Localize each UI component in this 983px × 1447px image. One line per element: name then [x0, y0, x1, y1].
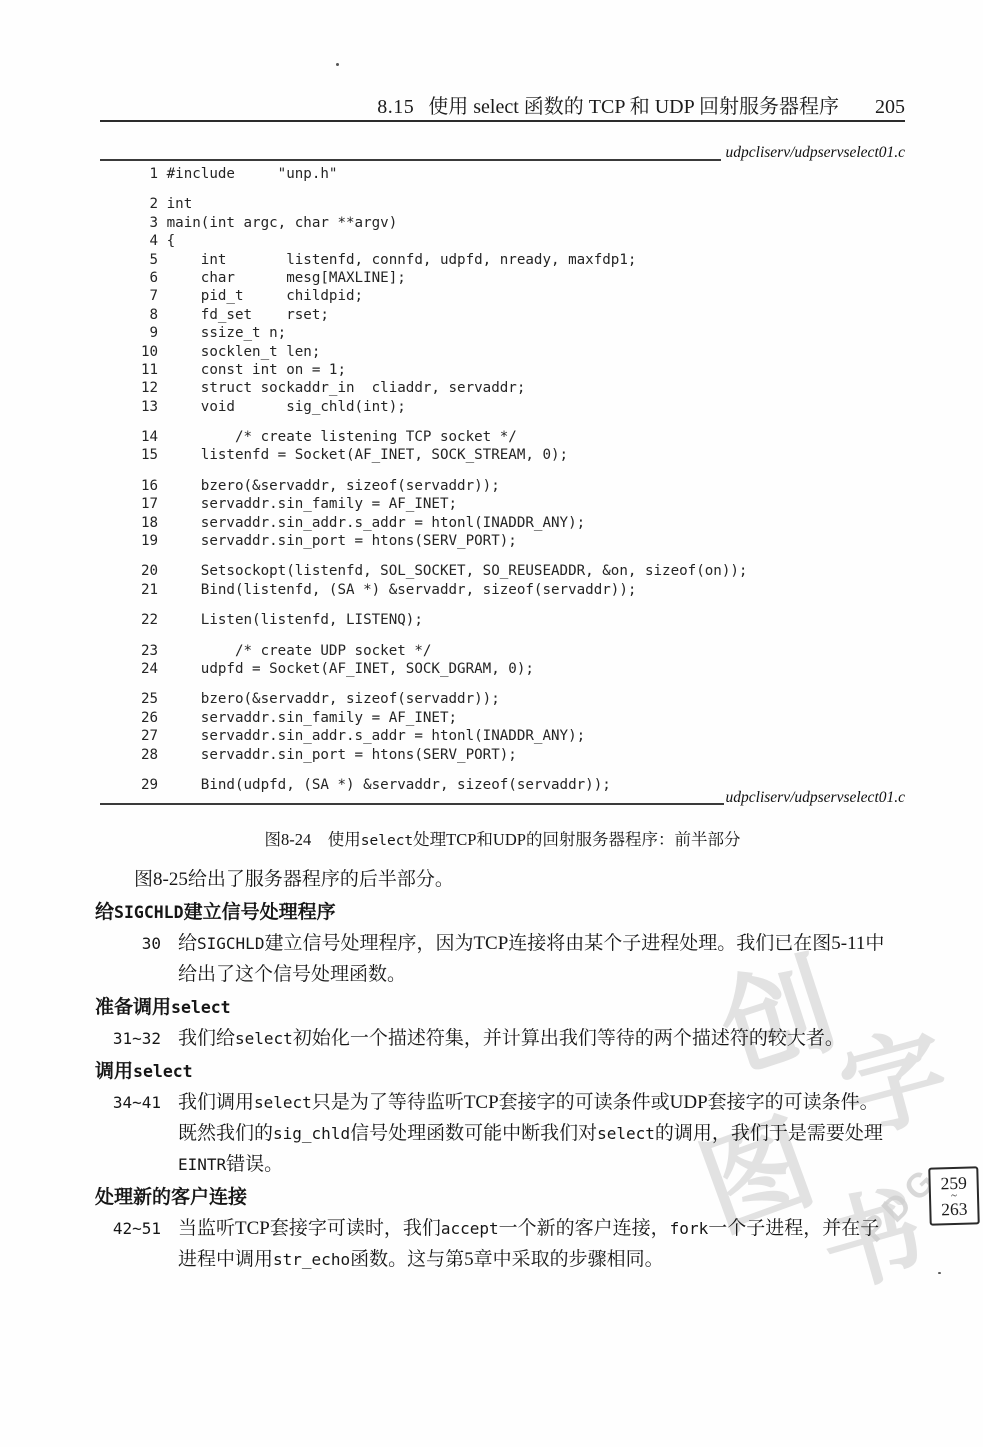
code-line: [141, 630, 747, 642]
commentary-paragraph: 34~41我们调用select只是为了等待监听TCP套接字的可读条件或UDP套接…: [95, 1087, 907, 1180]
line-range-label: 34~41: [95, 1087, 178, 1180]
code-line: [141, 764, 747, 776]
code-listing: 1 #include "unp.h" 2 int 3 main(int argc…: [141, 165, 747, 794]
code-line: 26 servaddr.sin_family = AF_INET;: [141, 709, 747, 727]
code-line: 8 fd_set rset;: [141, 306, 747, 324]
code-line: 28 servaddr.sin_port = htons(SERV_PORT);: [141, 746, 747, 764]
paragraph-text: 给SIGCHLD建立信号处理程序，因为TCP连接将由某个子进程处理。我们已在图5…: [178, 928, 890, 990]
commentary-sections: 给SIGCHLD建立信号处理程序30给SIGCHLD建立信号处理程序，因为TCP…: [95, 897, 907, 1275]
section-number: 8.15: [377, 96, 414, 119]
source-filename-top: udpcliserv/udpservselect01.c: [726, 144, 905, 162]
code-line: 15 listenfd = Socket(AF_INET, SOCK_STREA…: [141, 446, 747, 464]
code-line: 16 bzero(&servaddr, sizeof(servaddr));: [141, 477, 747, 495]
code-line: 27 servaddr.sin_addr.s_addr = htonl(INAD…: [141, 727, 747, 745]
intro-paragraph: 图8-25给出了服务器程序的后半部分。: [95, 864, 907, 895]
paragraph-text: 当监听TCP套接字可读时，我们accept一个新的客户连接，fork一个子进程，…: [178, 1213, 890, 1275]
code-line: 11 const int on = 1;: [141, 361, 747, 379]
code-line: [141, 183, 747, 195]
code-line: 5 int listenfd, connfd, udpfd, nready, m…: [141, 251, 747, 269]
code-line: [141, 678, 747, 690]
code-line: 24 udpfd = Socket(AF_INET, SOCK_DGRAM, 0…: [141, 660, 747, 678]
paragraph-text: 我们调用select只是为了等待监听TCP套接字的可读条件或UDP套接字的可读条…: [178, 1087, 890, 1180]
code-line: 20 Setsockopt(listenfd, SOL_SOCKET, SO_R…: [141, 562, 747, 580]
code-line: [141, 465, 747, 477]
source-filename-bottom: udpcliserv/udpservselect01.c: [726, 789, 905, 807]
code-line: 3 main(int argc, char **argv): [141, 214, 747, 232]
code-line: 29 Bind(udpfd, (SA *) &servaddr, sizeof(…: [141, 776, 747, 794]
code-line: 12 struct sockaddr_in cliaddr, servaddr;: [141, 379, 747, 397]
code-line: 9 ssize_t n;: [141, 324, 747, 342]
code-line: 19 servaddr.sin_port = htons(SERV_PORT);: [141, 532, 747, 550]
code-line: 2 int: [141, 195, 747, 213]
code-line: 17 servaddr.sin_family = AF_INET;: [141, 495, 747, 513]
line-range-label: 30: [95, 928, 178, 990]
commentary: 图8-25给出了服务器程序的后半部分。 给SIGCHLD建立信号处理程序30给S…: [95, 864, 907, 1275]
listing-bottom-rule: [100, 803, 724, 805]
section-heading: 处理新的客户连接: [95, 1182, 907, 1213]
chapter-section-title: 使用 select 函数的 TCP 和 UDP 回射服务器程序: [428, 90, 839, 119]
listing-top-rule: [100, 159, 721, 161]
code-line: 18 servaddr.sin_addr.s_addr = htonl(INAD…: [141, 514, 747, 532]
line-range-label: 42~51: [95, 1213, 178, 1275]
running-header: 8.15 使用 select 函数的 TCP 和 UDP 回射服务器程序 205: [100, 90, 905, 119]
scan-speck: [938, 1272, 941, 1274]
page-number: 205: [875, 96, 905, 119]
page-range-box: 259 ~ 263: [928, 1166, 980, 1225]
code-line: 4 {: [141, 232, 747, 250]
code-line: 6 char mesg[MAXLINE];: [141, 269, 747, 287]
code-line: [141, 599, 747, 611]
code-line: 14 /* create listening TCP socket */: [141, 428, 747, 446]
commentary-paragraph: 42~51当监听TCP套接字可读时，我们accept一个新的客户连接，fork一…: [95, 1213, 907, 1275]
code-line: 13 void sig_chld(int);: [141, 398, 747, 416]
code-line: 22 Listen(listenfd, LISTENQ);: [141, 611, 747, 629]
book-page: 创 字 图 书 PDG 8.15 使用 select 函数的 TCP 和 UDP…: [0, 0, 983, 1447]
section-heading: 准备调用select: [95, 992, 907, 1023]
code-line: [141, 416, 747, 428]
code-line: 21 Bind(listenfd, (SA *) &servaddr, size…: [141, 581, 747, 599]
commentary-paragraph: 31~32我们给select初始化一个描述符集，并计算出我们等待的两个描述符的较…: [95, 1023, 907, 1054]
code-line: 1 #include "unp.h": [141, 165, 747, 183]
section-heading: 调用select: [95, 1056, 907, 1087]
code-line: [141, 550, 747, 562]
header-rule: [100, 120, 905, 122]
code-line: 23 /* create UDP socket */: [141, 642, 747, 660]
commentary-paragraph: 30给SIGCHLD建立信号处理程序，因为TCP连接将由某个子进程处理。我们已在…: [95, 928, 907, 990]
code-line: 7 pid_t childpid;: [141, 287, 747, 305]
paragraph-text: 我们给select初始化一个描述符集，并计算出我们等待的两个描述符的较大者。: [178, 1023, 890, 1054]
page-range-bottom: 263: [941, 1200, 968, 1218]
figure-caption: 图8-24 使用select处理TCP和UDP的回射服务器程序：前半部分: [100, 826, 905, 850]
code-line: 25 bzero(&servaddr, sizeof(servaddr));: [141, 690, 747, 708]
section-heading: 给SIGCHLD建立信号处理程序: [95, 897, 907, 928]
line-range-label: 31~32: [95, 1023, 178, 1054]
code-line: 10 socklen_t len;: [141, 343, 747, 361]
scan-speck: [336, 63, 339, 66]
